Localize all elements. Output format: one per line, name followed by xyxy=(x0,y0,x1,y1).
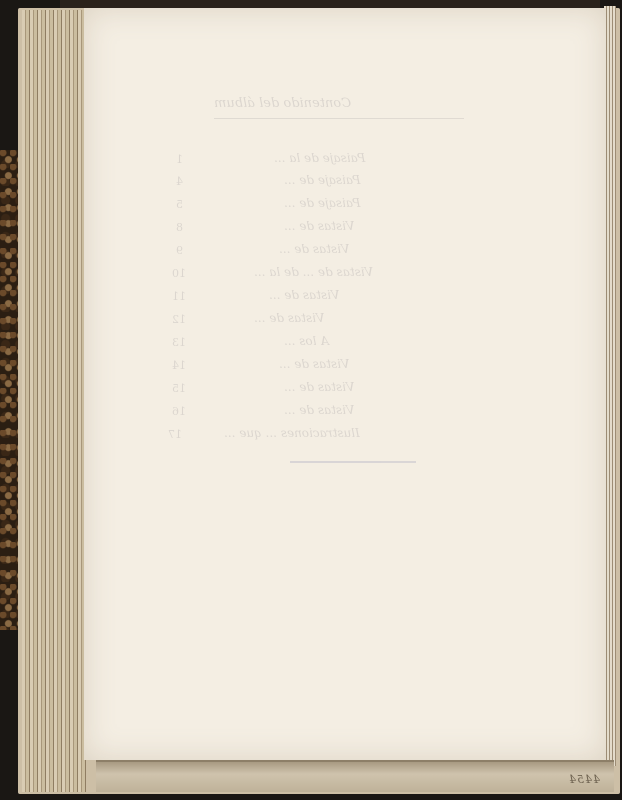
entry: Vistas de ... xyxy=(284,403,354,417)
entry: Ilustraciones ... que ... xyxy=(224,426,360,440)
entry-page: 10 xyxy=(172,267,186,280)
entry: Paisaje de ... xyxy=(284,196,361,210)
title-underline xyxy=(214,118,464,119)
entry-page: 9 xyxy=(176,244,183,257)
entry: Paisaje de ... xyxy=(284,173,361,187)
entry-page: 4 xyxy=(176,175,183,188)
entry-page: 17 xyxy=(168,428,182,441)
entry: Vistas de ... xyxy=(254,311,324,325)
entry-page: 16 xyxy=(172,405,186,418)
entry: Paisaje de la ... xyxy=(274,151,365,165)
marbled-cover xyxy=(0,150,20,630)
page: Contenido del álbum Paisaje de la ... 1 … xyxy=(84,8,606,760)
entry-page: 14 xyxy=(172,359,186,372)
book-cover-top xyxy=(60,0,600,8)
entry-page: 8 xyxy=(176,221,183,234)
entry: Vistas de ... xyxy=(279,357,349,371)
entry-page: 12 xyxy=(172,313,186,326)
entry-page: 15 xyxy=(172,382,186,395)
entry: Vistas de ... de la ... xyxy=(254,265,373,279)
entry: A los ... xyxy=(284,334,329,348)
entry-page: 13 xyxy=(172,336,186,349)
entry-page: 11 xyxy=(172,290,186,303)
entry: Vistas de ... xyxy=(269,288,339,302)
shelfmark: 4454 xyxy=(568,773,600,786)
entry: Vistas de ... xyxy=(284,219,354,233)
entry-page: 5 xyxy=(176,198,183,211)
bleed-title: Contenido del álbum xyxy=(214,96,351,111)
entry: Vistas de ... xyxy=(284,380,354,394)
entry-page: 1 xyxy=(176,153,183,166)
closing-rule xyxy=(290,461,416,463)
bleed-through-text: Contenido del álbum Paisaje de la ... 1 … xyxy=(84,8,606,760)
page-stack-edge xyxy=(22,10,86,792)
bottom-page-edge: 4454 xyxy=(96,760,614,792)
entry: Vistas de ... xyxy=(279,242,349,256)
